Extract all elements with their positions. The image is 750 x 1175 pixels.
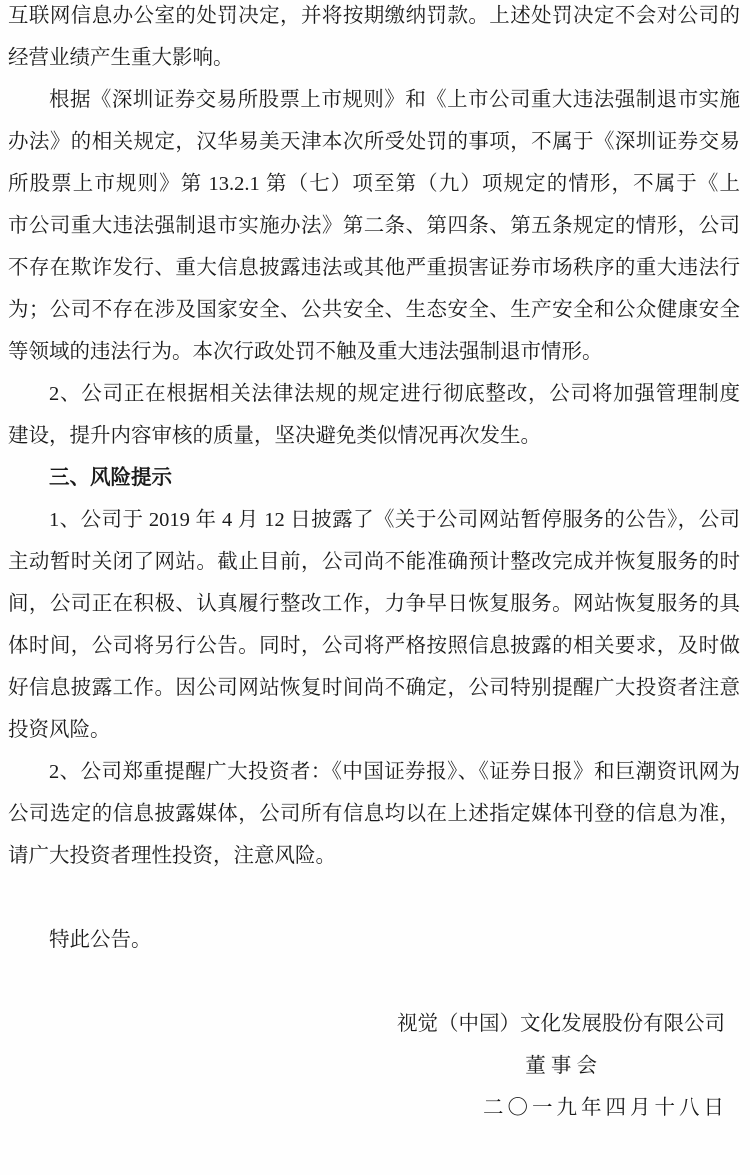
document-line: 好信息披露工作。因公司网站恢复时间尚不确定，公司特别提醒广大投资者注意 (8, 667, 740, 709)
document-line: 体时间，公司将另行公告。同时，公司将严格按照信息披露的相关要求，及时做 (8, 625, 740, 667)
document-line: 投资风险。 (8, 709, 740, 751)
document-line: 办法》的相关规定，汉华易美天津本次所受处罚的事项，不属于《深圳证券交易 (8, 121, 740, 163)
document-line: 1、公司于 2019 年 4 月 12 日披露了《关于公司网站暂停服务的公告》，… (8, 499, 740, 541)
document-line: 主动暂时关闭了网站。截止目前，公司尚不能准确预计整改完成并恢复服务的时 (8, 541, 740, 583)
document-line: 等领域的违法行为。本次行政处罚不触及重大违法强制退市情形。 (8, 331, 740, 373)
document-line: 间，公司正在积极、认真履行整改工作，力争早日恢复服务。网站恢复服务的具 (8, 583, 740, 625)
document-line: 公司选定的信息披露媒体，公司所有信息均以在上述指定媒体刊登的信息为准， (8, 793, 740, 835)
document-line: 市公司重大违法强制退市实施办法》第二条、第四条、第五条规定的情形，公司 (8, 205, 740, 247)
closing-statement: 特此公告。 (8, 919, 740, 961)
document-line: 2、公司郑重提醒广大投资者：《中国证券报》、《证券日报》和巨潮资讯网为 (8, 751, 740, 793)
signature-board-of-directors: 董 事 会 (8, 1045, 740, 1087)
signature-company-name: 视觉（中国）文化发展股份有限公司 (8, 1003, 740, 1045)
document-line: 经营业绩产生重大影响。 (8, 37, 740, 79)
announcement-page: 互联网信息办公室的处罚决定，并将按期缴纳罚款。上述处罚决定不会对公司的经营业绩产… (0, 0, 750, 1175)
announcement-body: 互联网信息办公室的处罚决定，并将按期缴纳罚款。上述处罚决定不会对公司的经营业绩产… (8, 0, 740, 877)
document-line: 2、公司正在根据相关法律法规的规定进行彻底整改，公司将加强管理制度 (8, 373, 740, 415)
document-line: 不存在欺诈发行、重大信息披露违法或其他严重损害证券市场秩序的重大违法行 (8, 247, 740, 289)
signature-date: 二〇一九年四月十八日 (8, 1087, 740, 1129)
document-line: 为；公司不存在涉及国家安全、公共安全、生态安全、生产安全和公众健康安全 (8, 289, 740, 331)
document-line: 根据《深圳证券交易所股票上市规则》和《上市公司重大违法强制退市实施 (8, 79, 740, 121)
document-line: 建设，提升内容审核的质量，坚决避免类似情况再次发生。 (8, 415, 740, 457)
document-line: 互联网信息办公室的处罚决定，并将按期缴纳罚款。上述处罚决定不会对公司的 (8, 0, 740, 37)
document-line: 请广大投资者理性投资，注意风险。 (8, 835, 740, 877)
document-line: 所股票上市规则》第 13.2.1 第（七）项至第（九）项规定的情形，不属于《上 (8, 163, 740, 205)
signature-block: 视觉（中国）文化发展股份有限公司 董 事 会 二〇一九年四月十八日 (8, 1003, 740, 1129)
section-heading: 三、风险提示 (8, 457, 740, 499)
